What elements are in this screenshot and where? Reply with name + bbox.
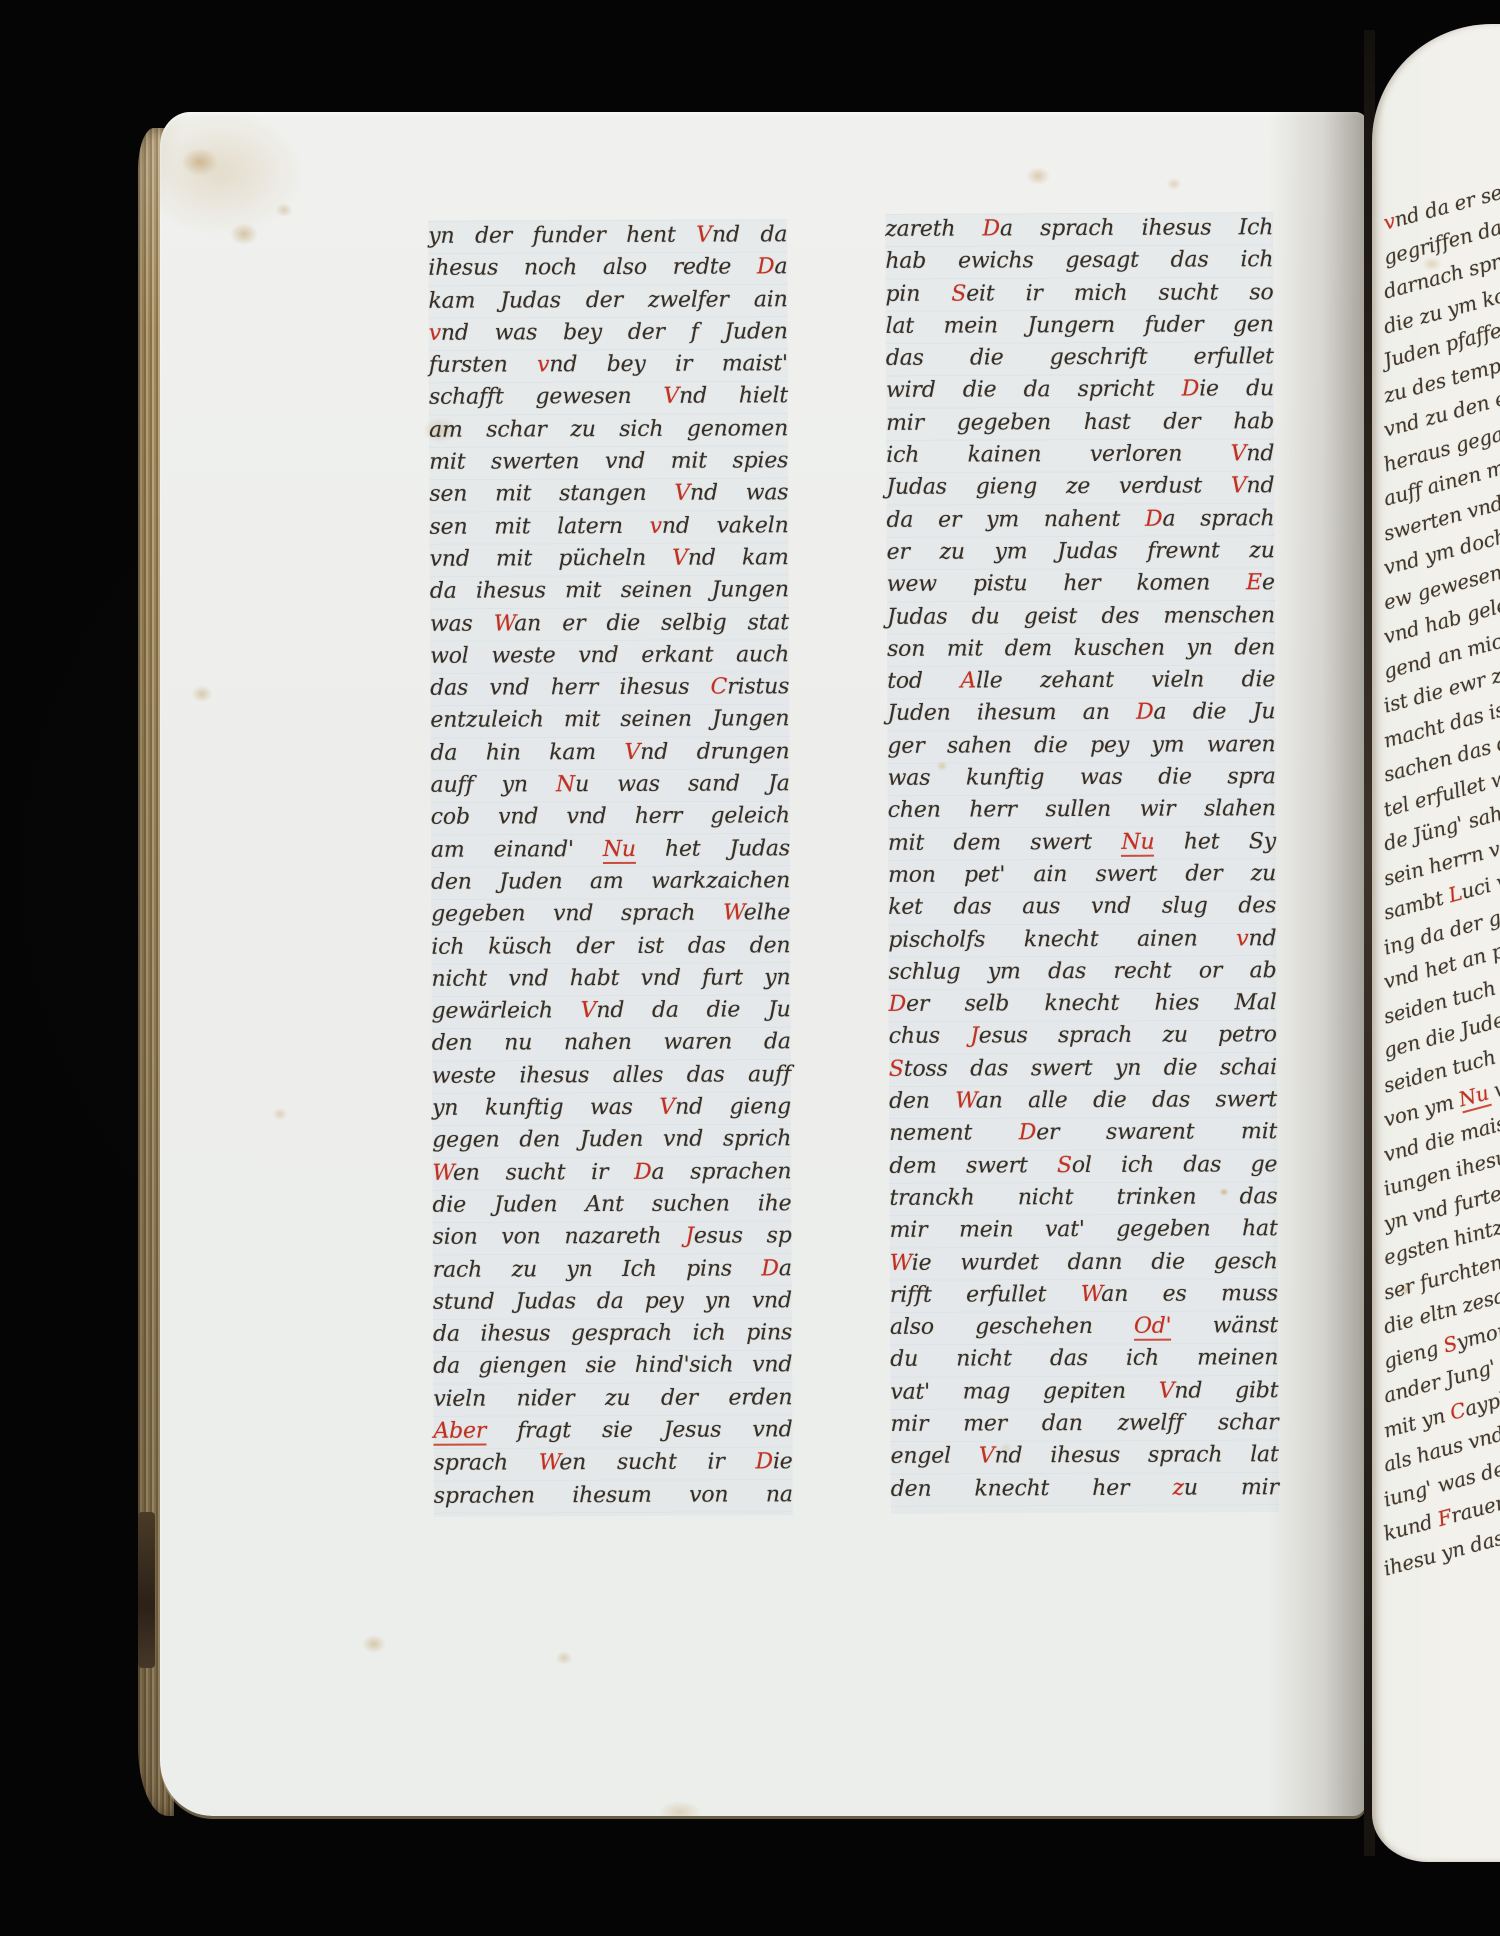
text-line: ich küsch der ist das den <box>431 930 790 964</box>
text-line: rach zu yn Ich pins Da <box>433 1253 792 1287</box>
text-line: mir mer dan zwelff schar <box>890 1407 1278 1441</box>
text-line: son mit dem kuschen yn den <box>887 632 1275 666</box>
text-line: pin Seit ir mich sucht so <box>885 277 1273 311</box>
text-line: vieln nider zu der erden <box>433 1382 792 1416</box>
text-line: Der selb knecht hies Mal <box>889 987 1277 1021</box>
right-page-text: vnd da er sein orgegriffen da hailtdarna… <box>1384 206 1500 1606</box>
text-line: Juden ihesum an Da die Ju <box>887 697 1275 731</box>
text-line: kam Judas der zwelfer ain <box>428 284 787 318</box>
text-line: wol weste vnd erkant auch <box>430 639 789 673</box>
left-page: yn der funder hent Vnd daihesus noch als… <box>160 112 1368 1816</box>
text-line: vnd mit pücheln Vnd kam <box>430 542 789 576</box>
text-line: Judas gieng ze verdust Vnd <box>886 471 1274 505</box>
text-line: ihesus noch also redte Da <box>428 252 787 286</box>
text-line: dem swert Sol ich das ge <box>889 1149 1277 1183</box>
text-line: yn kunftig was Vnd gieng <box>432 1091 791 1125</box>
text-line: schafft gewesen Vnd hielt <box>429 381 788 415</box>
text-line: mon pet' ain swert der zu <box>888 858 1276 892</box>
text-line: Wie wurdet dann die gesch <box>890 1246 1278 1280</box>
text-line: zareth Da sprach ihesus Ich <box>885 212 1273 246</box>
text-line: schlug ym das recht or ab <box>888 955 1276 989</box>
text-line: tod Alle zehant vieln die <box>887 664 1275 698</box>
text-line: mir mein vat' gegeben hat <box>890 1213 1278 1247</box>
text-line: auff yn Nu was sand Ja <box>431 768 790 802</box>
text-line: das vnd herr ihesus Cristus <box>430 671 789 705</box>
text-line: wird die da spricht Die du <box>886 374 1274 408</box>
text-line: da hin kam Vnd drungen <box>430 736 789 770</box>
text-line: entzuleich mit seinen Jungen <box>430 704 789 738</box>
text-line: sen mit latern vnd vakeln <box>429 510 788 544</box>
text-line: sprach Wen sucht ir Die <box>434 1446 793 1480</box>
text-line: da giengen sie hind'sich vnd <box>433 1350 792 1384</box>
text-column-left: yn der funder hent Vnd daihesus noch als… <box>428 219 793 1517</box>
text-line: stund Judas da pey yn vnd <box>433 1285 792 1319</box>
text-line: Wen sucht ir Da sprachen <box>432 1156 791 1190</box>
text-line: chus Jesus sprach zu petro <box>889 1020 1277 1054</box>
text-line: was kunftig was die spra <box>888 761 1276 795</box>
text-line: ket das aus vnd slug des <box>888 890 1276 924</box>
text-line: am schar zu sich genomen <box>429 413 788 447</box>
text-line: wew pistu her komen Ee <box>887 567 1275 601</box>
text-line: die Juden Ant suchen ihe <box>432 1188 791 1222</box>
text-line: da er ym nahent Da sprach <box>886 503 1274 537</box>
text-line: gegeben vnd sprach Welhe <box>431 897 790 931</box>
text-line: sion von nazareth Jesus sp <box>433 1220 792 1254</box>
text-line: yn der funder hent Vnd da <box>428 219 787 253</box>
text-line: also geschehen Od' wänst <box>890 1310 1278 1344</box>
text-line: nicht vnd habt vnd furt yn <box>431 962 790 996</box>
text-line: den Juden am warkzaichen <box>431 865 790 899</box>
gutter-shadow <box>1268 112 1368 1816</box>
text-line: er zu ym Judas frewnt zu <box>887 535 1275 569</box>
text-line: du nicht das ich meinen <box>890 1343 1278 1377</box>
text-line: hab ewichs gesagt das ich <box>885 244 1273 278</box>
text-line: das die geschrift erfullet <box>886 341 1274 375</box>
text-line: fursten vnd bey ir maist' <box>429 348 788 382</box>
text-line: gegen den Juden vnd sprich <box>432 1124 791 1158</box>
text-line: rifft erfullet Wan es muss <box>890 1278 1278 1312</box>
text-line: gewärleich Vnd da die Ju <box>432 994 791 1028</box>
text-column-right: zareth Da sprach ihesus Ichhab ewichs ge… <box>885 212 1279 1514</box>
text-line: vnd was bey der f Juden <box>429 316 788 350</box>
text-line: pischolfs knecht ainen vnd <box>888 923 1276 957</box>
text-line: vat' mag gepiten Vnd gibt <box>890 1375 1278 1409</box>
text-line: den knecht her zu mir <box>891 1472 1279 1506</box>
text-line: sprachen ihesum von na <box>434 1479 793 1513</box>
text-line: was Wan er die selbig stat <box>430 607 789 641</box>
text-line: mit swerten vnd mit spies <box>429 445 788 479</box>
text-line: Judas du geist des menschen <box>887 600 1275 634</box>
text-line: mir gegeben hast der hab <box>886 406 1274 440</box>
text-line: den Wan alle die das swert <box>889 1084 1277 1118</box>
text-line: tranckh nicht trinken das <box>889 1181 1277 1215</box>
text-line: da ihesus mit seinen Jungen <box>430 574 789 608</box>
text-line: nement Der swarent mit <box>889 1116 1277 1150</box>
text-line: ich kainen verloren Vnd <box>886 438 1274 472</box>
manuscript-photo: yn der funder hent Vnd daihesus noch als… <box>0 0 1500 1936</box>
binding-clasp <box>138 1512 155 1668</box>
text-line: da ihesus gesprach ich pins <box>433 1317 792 1351</box>
text-line: chen herr sullen wir slahen <box>888 793 1276 827</box>
text-line: lat mein Jungern fuder gen <box>886 309 1274 343</box>
text-line: weste ihesus alles das auff <box>432 1059 791 1093</box>
text-line: cob vnd vnd herr geleich <box>431 801 790 835</box>
text-line: am einand' Nu het Judas <box>431 833 790 867</box>
text-line: mit dem swert Nu het Sy <box>888 826 1276 860</box>
text-line: ger sahen die pey ym waren <box>887 729 1275 763</box>
text-line: engel Vnd ihesus sprach lat <box>891 1439 1279 1473</box>
text-line: Aber fragt sie Jesus vnd <box>433 1414 792 1448</box>
text-line: den nu nahen waren da <box>432 1027 791 1061</box>
text-line: sen mit stangen Vnd was <box>429 478 788 512</box>
text-line: Stoss das swert yn die schai <box>889 1052 1277 1086</box>
